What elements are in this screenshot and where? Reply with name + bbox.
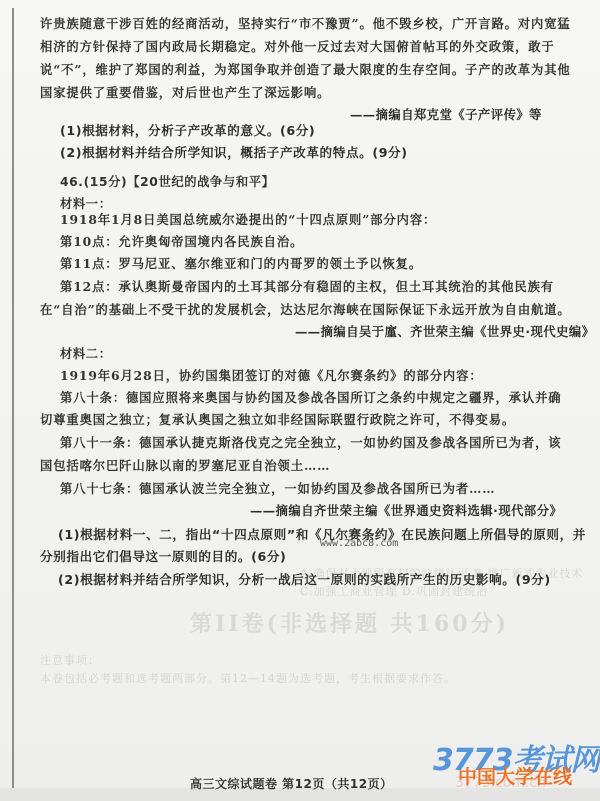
site-logo-subtitle: 中国大学在线: [458, 762, 572, 789]
material-2-intro: 1919年6月28日，协约国集团签订的对德《凡尔赛条约》的部分内容：: [60, 366, 483, 384]
material-1-point: 第12点：承认奥斯曼帝国内的土耳其部分有稳固的主权，但土耳其统治的其他民族有: [60, 277, 554, 295]
question-45-2: (2)根据材料并结合所学知识，概括子产改革的特点。(9分): [60, 142, 408, 161]
page-margin-rule: [12, 8, 14, 793]
question-45-1: (1)根据材料，分析子产改革的意义。(6分): [60, 120, 315, 139]
material-1-intro: 1918年1月8日美国总统威尔逊提出的“十四点原则”部分内容：: [60, 210, 436, 228]
material-2-article: 第八十七条：德国承认波兰完全独立，一如协约国及参战各国所已为者……: [60, 479, 496, 497]
passage-line: 国家提供了重要借鉴，对后世也产生了深远影响。: [40, 83, 330, 101]
watermark-url: www.2abc8.com: [320, 538, 398, 549]
page-footer: 高三文综试题卷 第12页（共12页）: [190, 775, 393, 792]
material-1-point: 第11点：罗马尼亚、塞尔维亚和门的内哥罗的领土予以恢复。: [60, 254, 422, 272]
material-2-source: ——摘编自齐世荣主编《世界通史资料选辑·现代部分》: [250, 501, 562, 519]
material-1-source: ——摘编自吴于廑、齐世荣主编《世界史·现代史编》: [295, 322, 595, 340]
bleed-through-line: 注意事项：: [40, 652, 100, 668]
passage-line: 说“不”，维护了郑国的利益，为郑国争取并创造了最大限度的生存空间。子产的改革为其…: [40, 60, 571, 78]
material-2-article: 第八十条：德国应照将来奥国与协约国及参战各国所订之条约中规定之疆界，承认并确: [60, 388, 561, 406]
material-2-label: 材料二：: [60, 344, 112, 362]
material-2-article: 国包括喀尔巴阡山脉以南的罗塞尼亚自治领土……: [40, 456, 330, 474]
question-46-1-cont: 分别指出它们倡导这一原则的目的。(6分): [40, 546, 286, 565]
material-1-point: 在“自治”的基础上不受干扰的发展机会，达达尼尔海峡在国际保证下永远开放为自由航道…: [40, 300, 571, 318]
material-2-article: 第八十一条：德国承认捷克斯洛伐克之完全独立，一如协约国及参战各国所已为者，该: [60, 433, 561, 451]
passage-source: ——摘编自郑克堂《子产评传》等: [350, 105, 542, 123]
question-46-2: (2)根据材料并结合所学知识，分析一战后这一原则的实践所产生的历史影响。(9分): [58, 569, 551, 588]
passage-line: 许贵族随意干涉百姓的经商活动，坚持实行“市不豫贾”。他不毁乡校，广开言路。对内宽…: [40, 14, 571, 32]
material-1-point: 第10点：允许奥匈帝国境内各民族自治。: [60, 232, 303, 250]
question-46-heading: 46.(15分)【20世纪的战争与和平】: [60, 172, 275, 190]
bleed-through-line: 本卷包括必考题和选考题两部分。第12—14题为选考题，考生根据要求作答。: [40, 670, 456, 686]
passage-line: 相济的方针保持了国内政局长期稳定。对外他一反过去对大国俯首帖耳的外交政策，敢于: [40, 37, 555, 55]
exam-page: A.确保对土地所有权的法律认可 B.推广新式农业技术 C.加强工商业管理 D.巩…: [0, 0, 600, 801]
material-2-article: 切尊重奥国之独立；复承认奥国之独立如非经国际联盟行政院之许可，不得变易。: [40, 410, 515, 428]
bleed-through-section-title: 第II卷(非选择题 共160分): [190, 607, 509, 638]
